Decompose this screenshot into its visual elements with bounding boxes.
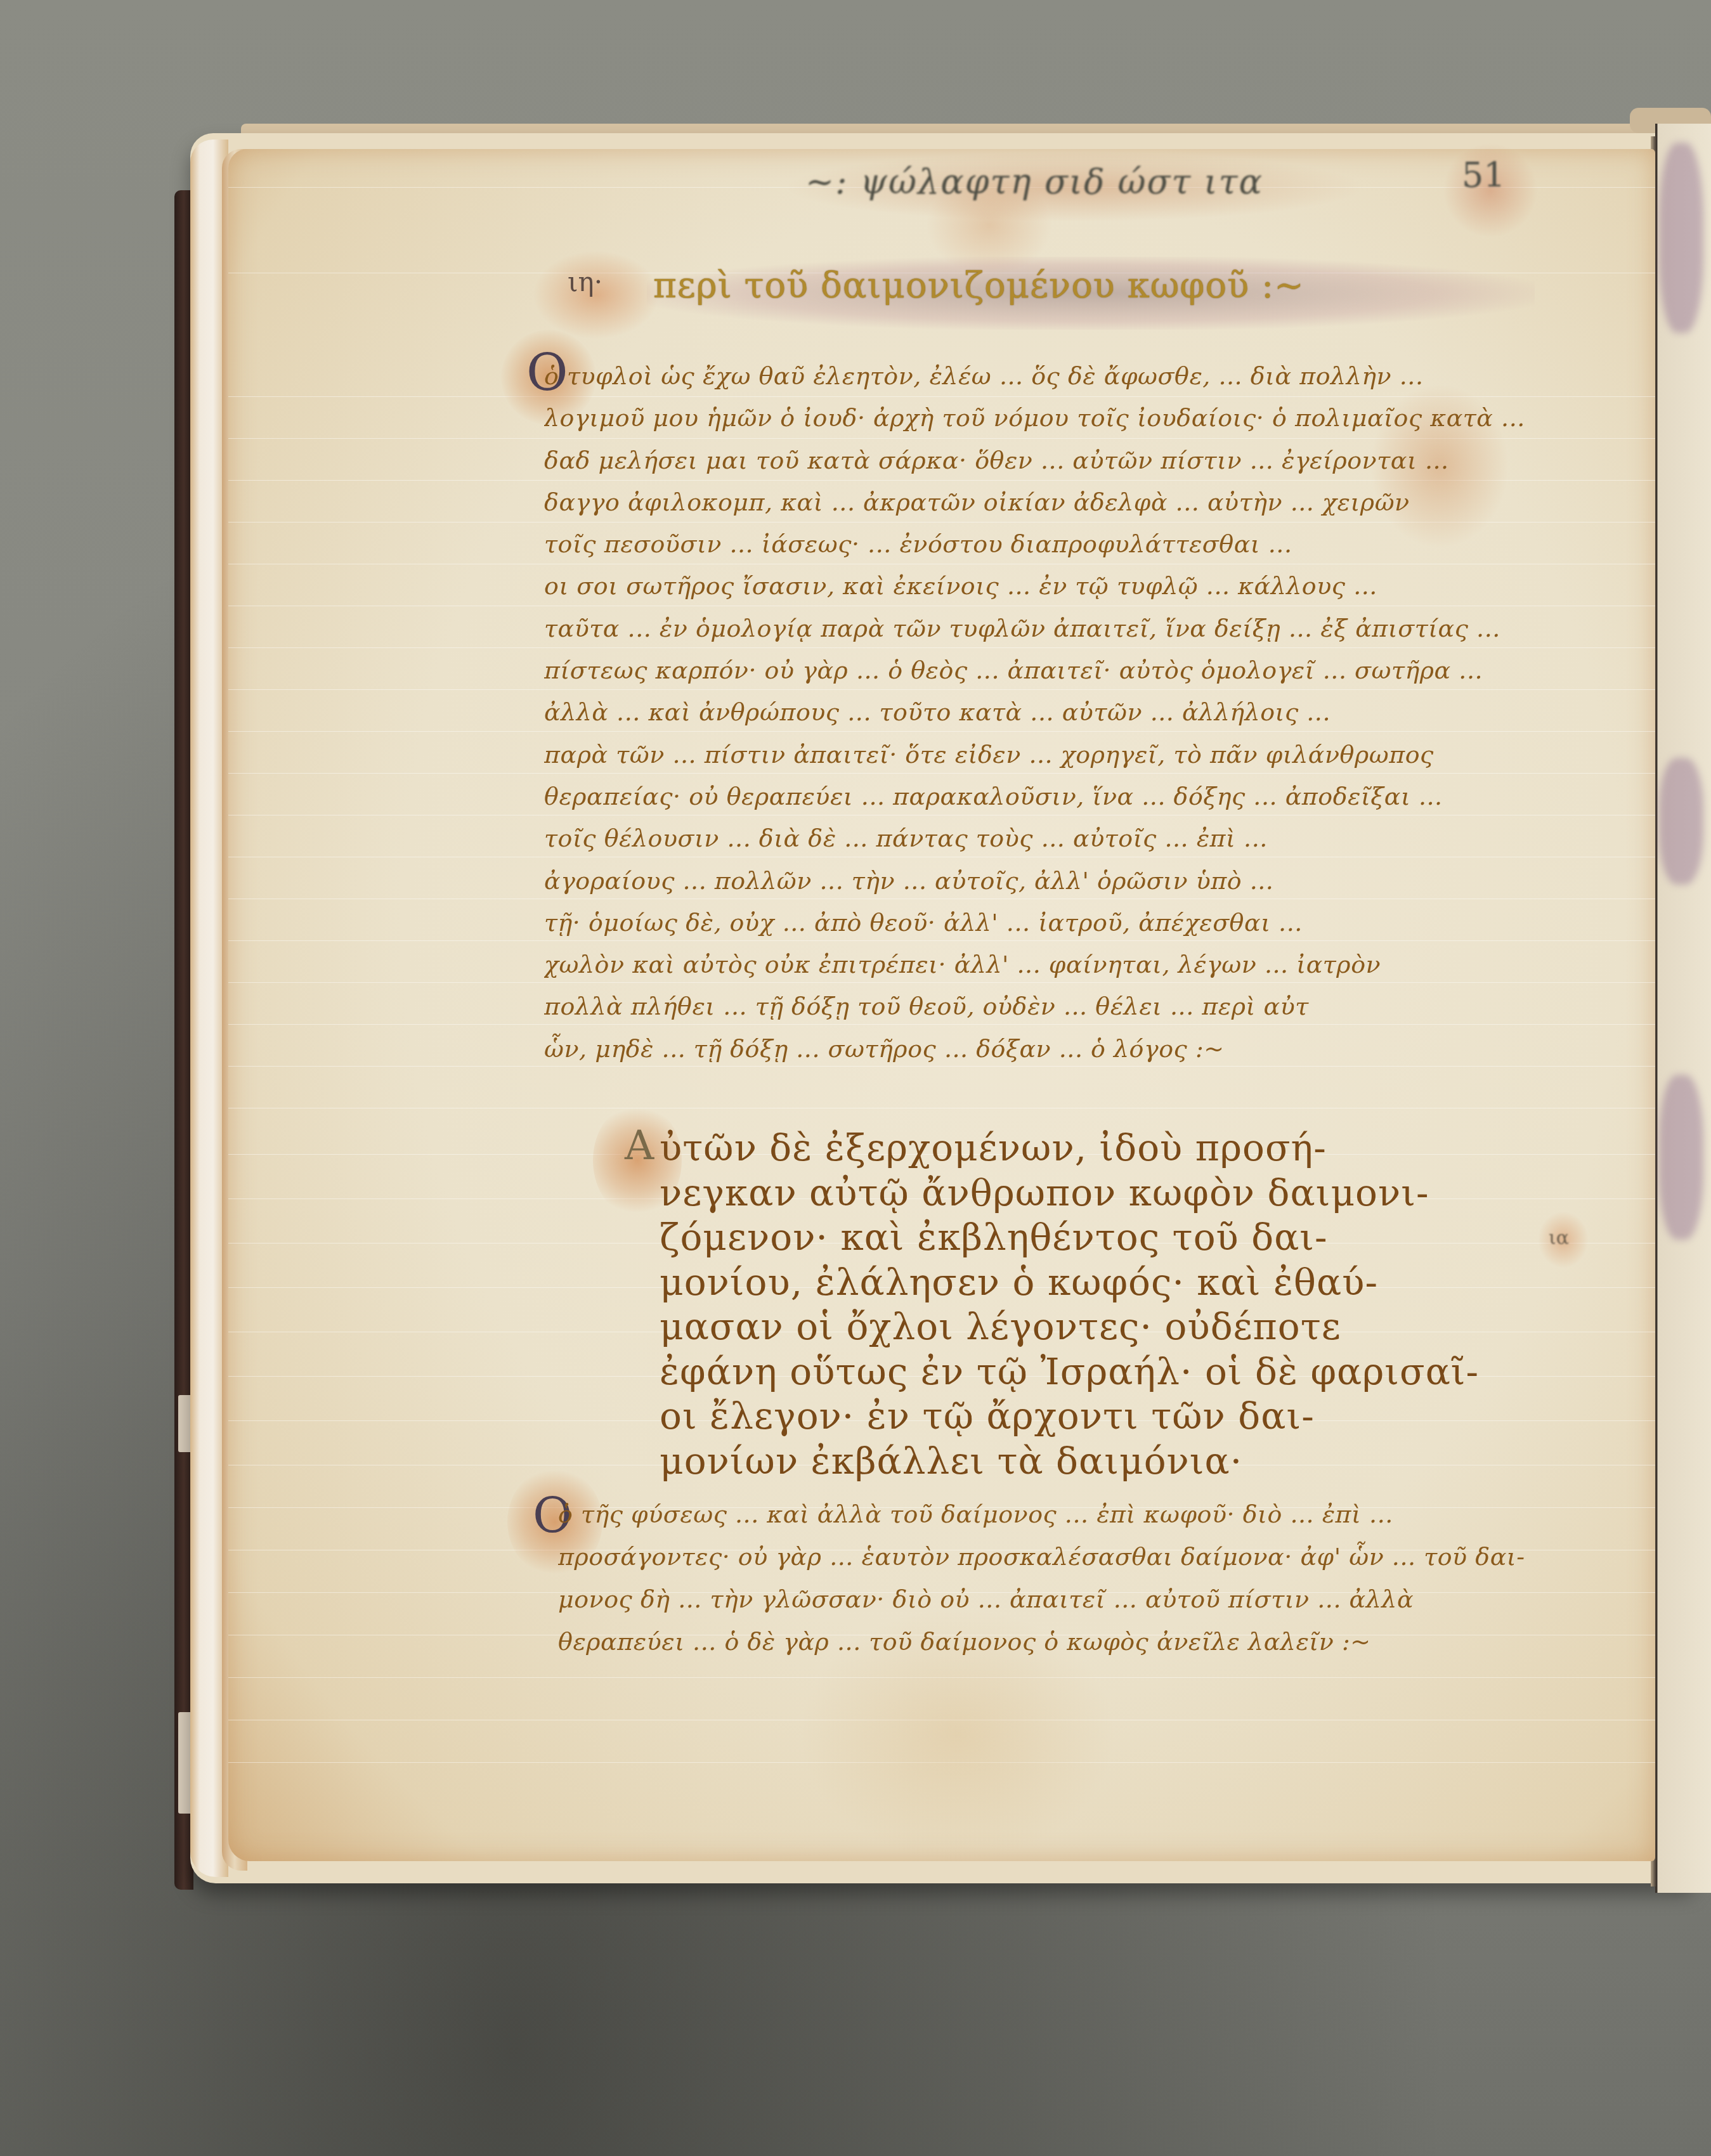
lemma-line: ὐτῶν δὲ ἐξερχομένων, ἰδοὺ προσή- <box>660 1126 1547 1171</box>
text-line: χωλὸν καὶ αὐτὸς οὐκ ἐπιτρέπει· ἀλλ' ... … <box>544 944 1559 985</box>
running-head: ~: ψώλαφτη σιδ ώστ ιτα <box>805 162 1263 202</box>
main-text-block: ὁ τυφλοὶ ὡς ἔχω θαῦ ἐλεητὸν, ἐλέω ... ὅς… <box>544 355 1559 1070</box>
text-line: θεραπεύει ... ὁ δὲ γὰρ ... τοῦ δαίμονος … <box>558 1621 1547 1663</box>
lemma-initial: Α <box>625 1126 654 1166</box>
text-line: λογιμοῦ μου ἡμῶν ὁ ἰουδ· ἀρχὴ τοῦ νόμου … <box>544 397 1559 439</box>
text-line: ὁ τυφλοὶ ὡς ἔχω θαῦ ἐλεητὸν, ἐλέω ... ὅς… <box>544 355 1559 397</box>
ink-stain <box>1659 1075 1703 1240</box>
text-line: θεραπείας· οὐ θεραπεύει ... παρακαλοῦσιν… <box>544 776 1559 817</box>
text-line: τοῖς πεσοῦσιν ... ἰάσεως· ... ἐνόστου δι… <box>544 523 1559 565</box>
text-line: ὁ τῆς φύσεως ... καὶ ἀλλὰ τοῦ δαίμονος .… <box>558 1493 1547 1536</box>
ink-stain <box>1659 758 1703 885</box>
lemma-line: νεγκαν αὐτῷ ἄνθρωπον κωφὸν δαιμονι- <box>660 1171 1547 1216</box>
text-line: ταῦτα ... ἐν ὁμολογίᾳ παρὰ τῶν τυφλῶν ἀπ… <box>544 607 1559 649</box>
text-line: τοῖς θέλουσιν ... διὰ δὲ ... πάντας τοὺς… <box>544 817 1559 859</box>
lemma-text-block: ὐτῶν δὲ ἐξερχομένων, ἰδοὺ προσή- νεγκαν … <box>660 1126 1547 1483</box>
text-line: πολλὰ πλήθει ... τῇ δόξῃ τοῦ θεοῦ, οὐδὲν… <box>544 985 1559 1027</box>
lemma-line: ἐφάνη οὕτως ἐν τῷ Ἰσραήλ· οἱ δὲ φαρισαῖ- <box>660 1349 1547 1394</box>
chapter-number: ιη· <box>568 266 602 297</box>
text-line: προσάγοντες· οὐ γὰρ ... ἑαυτὸν προσκαλέσ… <box>558 1536 1547 1578</box>
folio-number: 51 <box>1462 155 1506 195</box>
facing-page-edge <box>1655 124 1711 1893</box>
chapter-title: περὶ τοῦ δαιμονιζομένου κωφοῦ :~ <box>653 265 1304 306</box>
text-line: ἀλλὰ ... καὶ ἀνθρώπους ... τοῦτο κατὰ ..… <box>544 691 1559 733</box>
ink-stain <box>1659 143 1703 333</box>
lemma-line: μονίων ἐκβάλλει τὰ δαιμόνια· <box>660 1439 1547 1484</box>
lemma-line: μασαν οἱ ὄχλοι λέγοντες· οὐδέποτε <box>660 1304 1547 1349</box>
text-line: μονος δὴ ... τὴν γλῶσσαν· διὸ οὐ ... ἀπα… <box>558 1578 1547 1621</box>
text-line: δαδ μελήσει μαι τοῦ κατὰ σάρκα· ὅθεν ...… <box>544 439 1559 481</box>
text-line: οι σοι σωτῆρος ἴσασιν, καὶ ἐκείνοις ... … <box>544 565 1559 607</box>
lemma-line: ζόμενον· καὶ ἐκβληθέντος τοῦ δαι- <box>660 1215 1547 1260</box>
text-line: πίστεως καρπόν· οὐ γὰρ ... ὁ θεὸς ... ἀπ… <box>544 649 1559 691</box>
lemma-line: οι ἔλεγον· ἐν τῷ ἄρχοντι τῶν δαι- <box>660 1394 1547 1439</box>
margin-mark: ια <box>1549 1227 1569 1249</box>
lemma-line: μονίου, ἐλάλησεν ὁ κωφός· καὶ ἐθαύ- <box>660 1260 1547 1305</box>
text-line: ὧν, μηδὲ ... τῇ δόξῃ ... σωτῆρος ... δόξ… <box>544 1028 1559 1070</box>
text-line: δαγγο ἀφιλοκομπ, καὶ ... ἀκρατῶν οἰκίαν … <box>544 481 1559 523</box>
text-line: τῇ· ὁμοίως δὲ, οὐχ ... ἀπὸ θεοῦ· ἀλλ' ..… <box>544 902 1559 944</box>
text-line: παρὰ τῶν ... πίστιν ἀπαιτεῖ· ὅτε εἰδεν .… <box>544 734 1559 776</box>
commentary-text-block: ὁ τῆς φύσεως ... καὶ ἀλλὰ τοῦ δαίμονος .… <box>558 1493 1547 1663</box>
text-line: ἀγοραίους ... πολλῶν ... τὴν ... αὐτοῖς,… <box>544 860 1559 902</box>
